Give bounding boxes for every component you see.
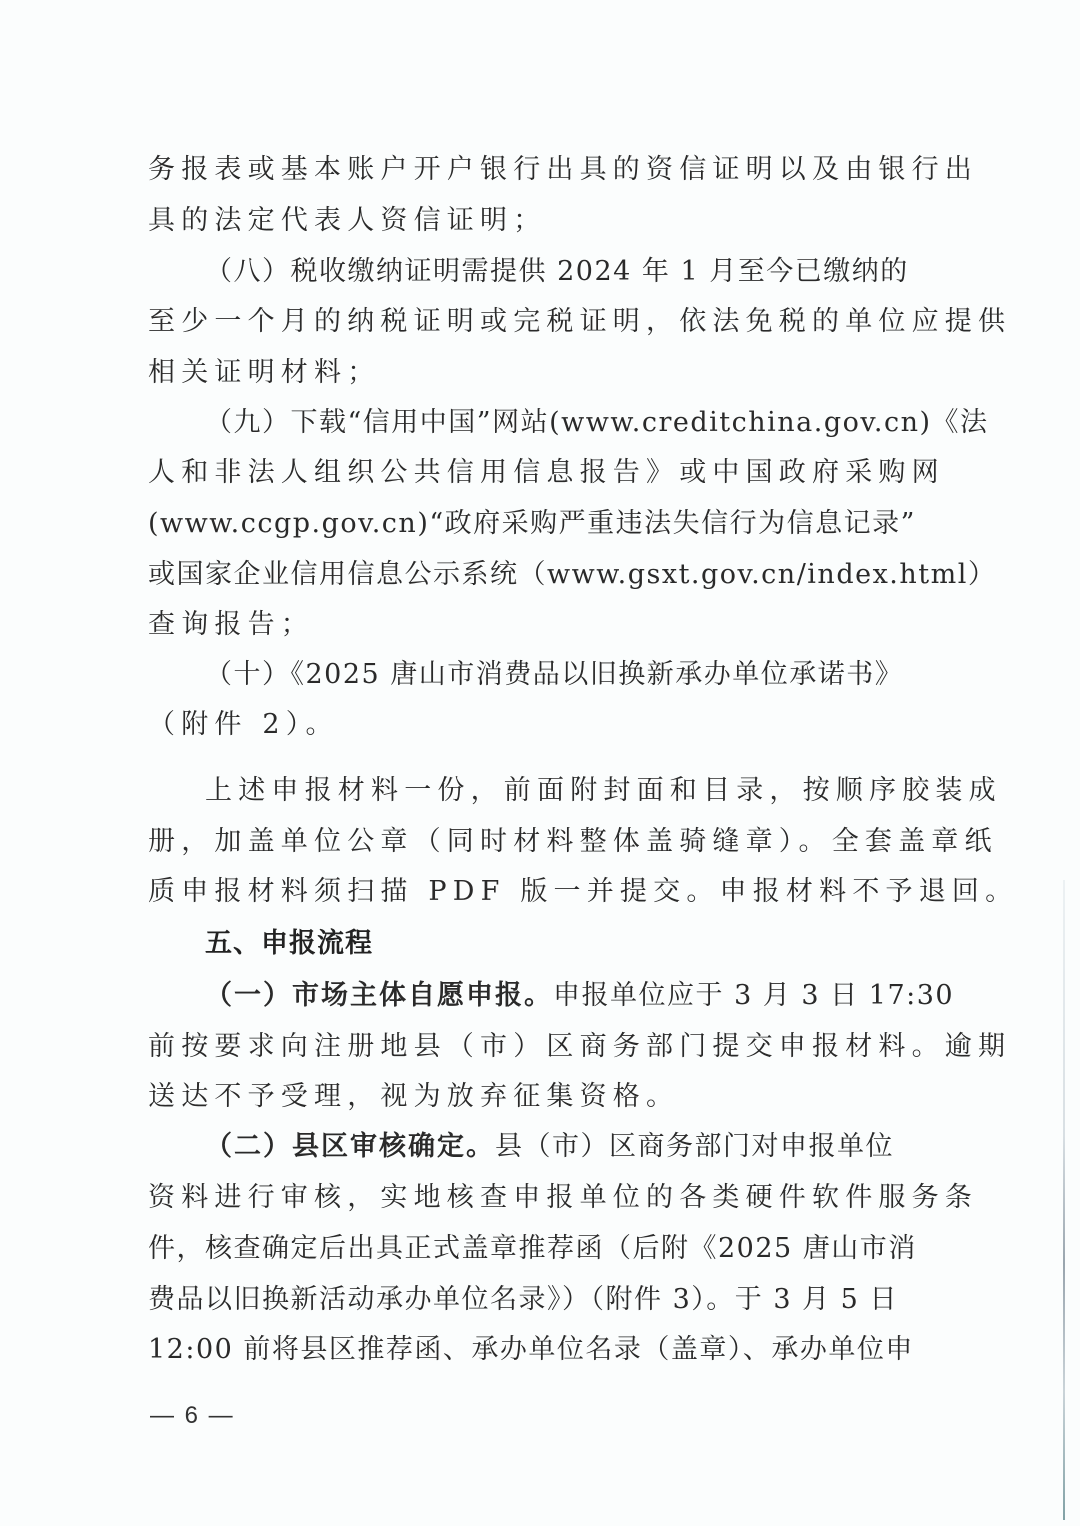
paragraph-line: 查询报告； xyxy=(148,607,908,643)
paragraph-line: 或国家企业信用信息公示系统（www.gsxt.gov.cn/index.html… xyxy=(148,557,908,593)
paragraph-line: 送达不予受理，视为放弃征集资格。 xyxy=(148,1079,908,1115)
paragraph-line: 相关证明材料； xyxy=(148,355,908,391)
paragraph-line: 上述申报材料一份，前面附封面和目录，按顺序胶装成 xyxy=(205,773,965,809)
page-number: — 6 — xyxy=(150,1402,235,1430)
item-1-first-line: （一）市场主体自愿申报。申报单位应于 3 月 3 日 17:30 xyxy=(205,978,965,1014)
paragraph-line: (www.ccgp.gov.cn)“政府采购严重违法失信行为信息记录” xyxy=(148,506,908,542)
paragraph-line: （八）税收缴纳证明需提供 2024 年 1 月至今已缴纳的 xyxy=(205,254,965,290)
paragraph-line: （附件 2）。 xyxy=(148,707,908,743)
paragraph-line: 12:00 前将县区推荐函、承办单位名录（盖章）、承办单位申 xyxy=(148,1332,908,1368)
item-2-text: 县（市）区商务部门对申报单位 xyxy=(495,1131,894,1162)
paragraph-line: 费品以旧换新活动承办单位名录》）（附件 3）。于 3 月 5 日 xyxy=(148,1282,908,1318)
section-heading: 五、申报流程 xyxy=(205,926,373,962)
item-2-title: （二）县区审核确定。 xyxy=(205,1131,495,1162)
paragraph-line: 人和非法人组织公共信用信息报告》或中国政府采购网 xyxy=(148,455,908,491)
paragraph-line: 务报表或基本账户开户银行出具的资信证明以及由银行出 xyxy=(148,152,908,188)
item-1-text: 申报单位应于 3 月 3 日 17:30 xyxy=(553,980,954,1011)
document-page: 务报表或基本账户开户银行出具的资信证明以及由银行出 具的法定代表人资信证明； （… xyxy=(0,0,1080,1526)
paragraph-line: 册，加盖单位公章（同时材料整体盖骑缝章）。全套盖章纸 xyxy=(148,824,908,860)
paragraph-line: 前按要求向注册地县（市）区商务部门提交申报材料。逾期 xyxy=(148,1029,908,1065)
paragraph-line: 具的法定代表人资信证明； xyxy=(148,203,908,239)
paragraph-line: （九）下载“信用中国”网站(www.creditchina.gov.cn)《法 xyxy=(205,405,965,441)
item-2-first-line: （二）县区审核确定。县（市）区商务部门对申报单位 xyxy=(205,1129,965,1165)
paragraph-line: （十）《2025 唐山市消费品以旧换新承办单位承诺书》 xyxy=(205,657,965,693)
paragraph-line: 资料进行审核，实地核查申报单位的各类硬件软件服务条 xyxy=(148,1180,908,1216)
scan-edge-artifact xyxy=(1063,880,1065,1520)
paragraph-line: 至少一个月的纳税证明或完税证明，依法免税的单位应提供 xyxy=(148,304,908,340)
paragraph-line: 质申报材料须扫描 PDF 版一并提交。申报材料不予退回。 xyxy=(148,874,908,910)
paragraph-line: 件，核查确定后出具正式盖章推荐函（后附《2025 唐山市消 xyxy=(148,1231,908,1267)
item-1-title: （一）市场主体自愿申报。 xyxy=(205,980,553,1011)
